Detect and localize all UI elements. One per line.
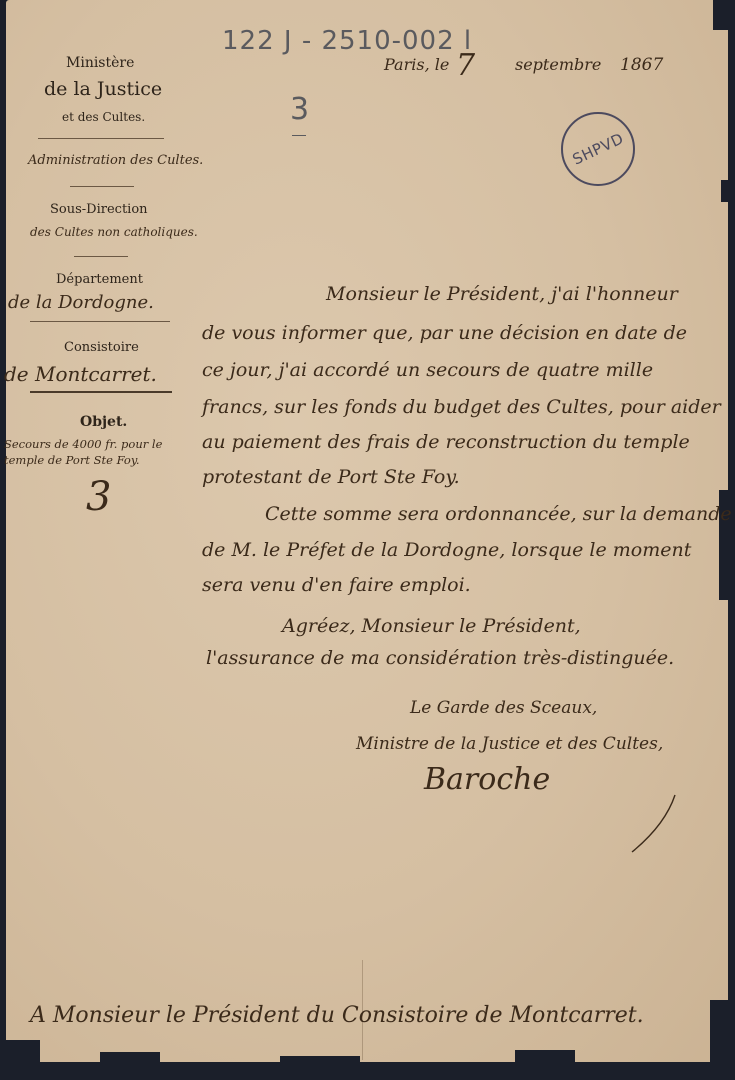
administration-label: Administration des Cultes. <box>28 153 203 168</box>
salutation: Monsieur le Président, j'ai l'honneur <box>326 283 678 305</box>
body-line: ce jour, j'ai accordé un secours de quat… <box>202 359 653 381</box>
date-year: 1867 <box>620 55 663 75</box>
torn-edge <box>710 1000 735 1080</box>
torn-edge <box>515 1050 575 1080</box>
folio-underline <box>292 135 306 136</box>
signature: Baroche <box>424 762 550 797</box>
signatory-title1: Le Garde des Sceaux, <box>410 698 597 718</box>
closing-line1: Agréez, Monsieur le Président, <box>282 615 581 637</box>
body-line: de M. le Préfet de la Dordogne, lorsque … <box>202 539 691 561</box>
ministry-line1: Ministère <box>66 55 134 71</box>
folio-number: 3 <box>290 92 309 127</box>
divider <box>38 138 164 139</box>
torn-edge <box>100 1052 160 1080</box>
torn-edge <box>713 0 735 30</box>
object-line1: Secours de 4000 fr. pour le <box>4 437 162 451</box>
torn-edge <box>280 1056 360 1080</box>
addressee-line: A Monsieur le Président du Consistoire d… <box>30 1003 644 1028</box>
divider <box>30 391 172 393</box>
divider <box>70 186 134 187</box>
torn-edge <box>721 180 735 202</box>
subdirection-line2: des Cultes non catholiques. <box>30 225 198 239</box>
consistory-value: de Montcarret. <box>4 362 157 386</box>
consistory-label: Consistoire <box>64 340 139 355</box>
signature-flourish-icon <box>620 790 680 860</box>
body-line: de vous informer que, par une décision e… <box>202 322 687 344</box>
date-day: 7 <box>456 48 475 83</box>
date-place: Paris, le <box>384 55 449 74</box>
divider <box>74 256 128 257</box>
torn-edge <box>0 1040 40 1080</box>
date-month: septembre <box>515 55 601 74</box>
ministry-line3: et des Cultes. <box>62 110 145 124</box>
department-value: de la Dordogne. <box>8 292 154 313</box>
object-label: Objet. <box>80 414 127 430</box>
stamp-text: SHPVD <box>570 129 627 168</box>
subdirection-line1: Sous-Direction <box>50 202 148 217</box>
body-line: francs, sur les fonds du budget des Cult… <box>202 396 721 418</box>
signatory-title2: Ministre de la Justice et des Cultes, <box>356 734 663 754</box>
archive-stamp: SHPVD <box>561 112 635 186</box>
object-line2: temple de Port Ste Foy. <box>4 453 139 467</box>
divider <box>30 321 170 322</box>
object-number: 3 <box>86 474 111 520</box>
archive-reference: 122 J - 2510-002 l <box>222 26 472 56</box>
ministry-line2: de la Justice <box>44 78 162 100</box>
department-label: Département <box>56 272 143 287</box>
body-line: protestant de Port Ste Foy. <box>202 466 460 488</box>
body-line: Cette somme sera ordonnancée, sur la dem… <box>265 503 732 525</box>
closing-line2: l'assurance de ma considération très-dis… <box>206 647 674 669</box>
torn-edge <box>728 690 735 750</box>
body-line: au paiement des frais de reconstruction … <box>202 431 690 453</box>
body-line: sera venu d'en faire emploi. <box>202 574 471 596</box>
